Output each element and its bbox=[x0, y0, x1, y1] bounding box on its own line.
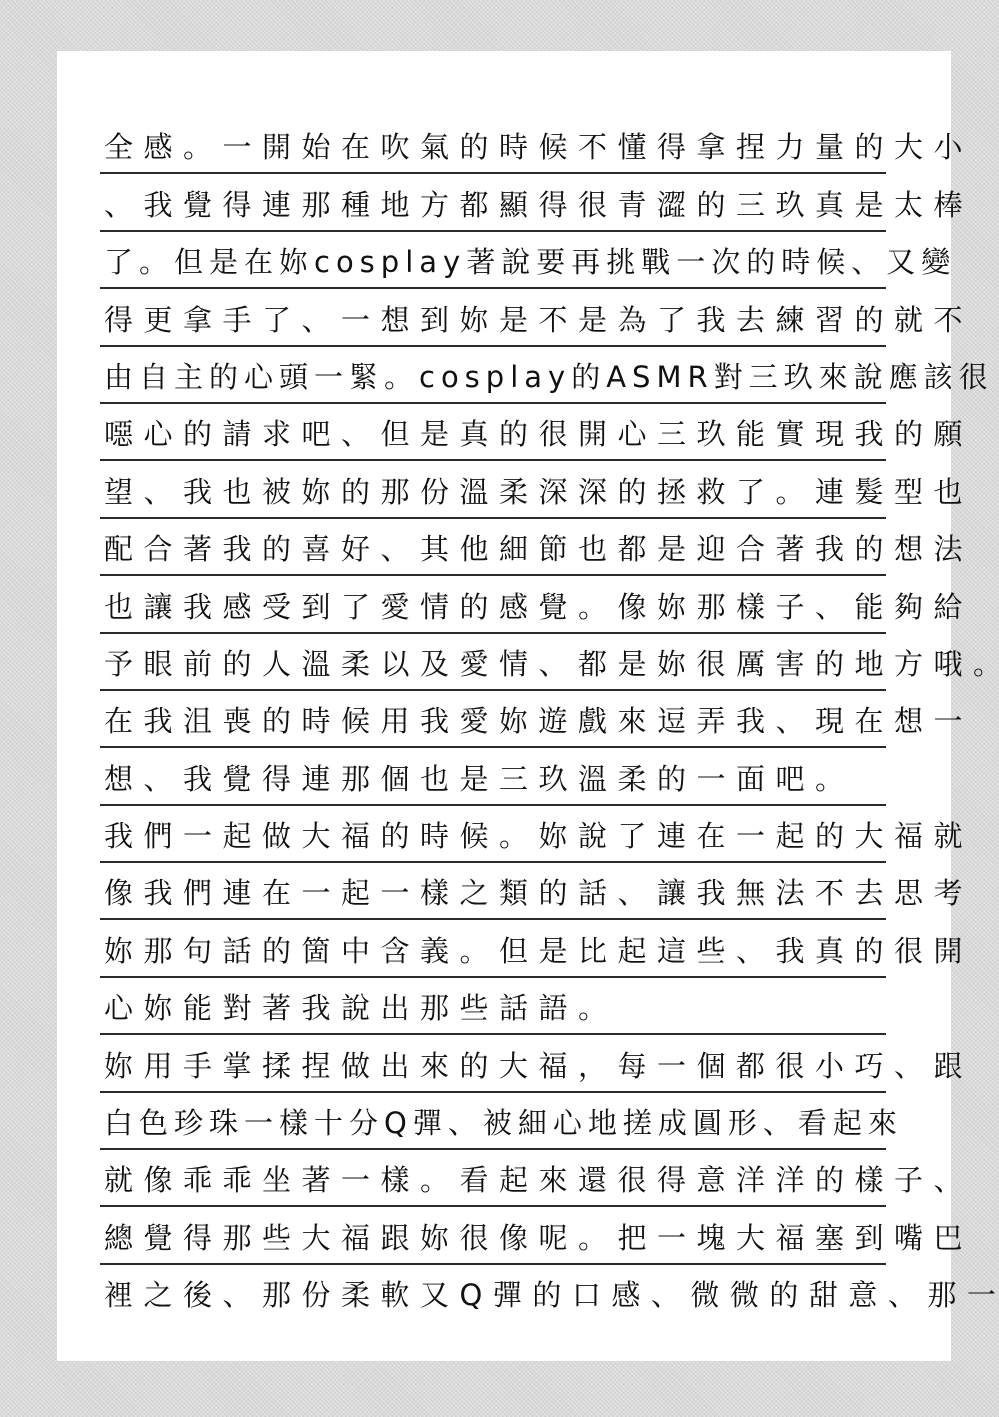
row-text: 全感。一開始在吹氣的時候不懂得拿捏力量的大小 bbox=[104, 129, 973, 165]
row-text: 望、我也被妳的那份溫柔深深的拯救了。連髮型也 bbox=[104, 474, 973, 510]
row-text: 裡之後、那份柔軟又Q彈的口感、微微的甜意、那一 bbox=[104, 1277, 999, 1313]
row-text: 配合著我的喜好、其他細節也都是迎合著我的想法 bbox=[104, 531, 973, 567]
text-row: 全感。一開始在吹氣的時候不懂得拿捏力量的大小 bbox=[100, 117, 886, 174]
row-text: 、我覺得連那種地方都顯得很青澀的三玖真是太棒 bbox=[104, 187, 973, 223]
text-row: 妳用手掌揉捏做出來的大福，每一個都很小巧、跟 bbox=[100, 1035, 886, 1092]
text-row: 噁心的請求吧、但是真的很開心三玖能實現我的願 bbox=[100, 404, 886, 461]
text-row: 白色珍珠一樣十分Q彈、被細心地搓成圓形、看起來 bbox=[100, 1093, 886, 1150]
text-row: 、我覺得連那種地方都顯得很青澀的三玖真是太棒 bbox=[100, 174, 886, 231]
row-text: 由自主的心頭一緊。cosplay的ASMR對三玖來說應該很 bbox=[104, 359, 994, 395]
row-text: 也讓我感受到了愛情的感覺。像妳那樣子、能夠給 bbox=[104, 589, 973, 625]
row-text: 了。但是在妳cosplay著說要再挑戰一次的時候、又變 bbox=[104, 244, 956, 280]
text-row: 就像乖乖坐著一樣。看起來還很得意洋洋的樣子、 bbox=[100, 1150, 886, 1207]
row-text: 我們一起做大福的時候。妳說了連在一起的大福就 bbox=[104, 818, 973, 854]
text-row: 望、我也被妳的那份溫柔深深的拯救了。連髮型也 bbox=[100, 461, 886, 518]
row-text: 就像乖乖坐著一樣。看起來還很得意洋洋的樣子、 bbox=[104, 1162, 973, 1198]
handwritten-text-block: 全感。一開始在吹氣的時候不懂得拿捏力量的大小 、我覺得連那種地方都顯得很青澀的三… bbox=[100, 117, 886, 1322]
text-row: 想、我覺得連那個也是三玖溫柔的一面吧。 bbox=[100, 748, 886, 805]
row-text: 予眼前的人溫柔以及愛情、都是妳很厲害的地方哦。 bbox=[104, 646, 999, 682]
text-row: 總覺得那些大福跟妳很像呢。把一塊大福塞到嘴巴 bbox=[100, 1207, 886, 1264]
row-text: 像我們連在一起一樣之類的話、讓我無法不去思考 bbox=[104, 875, 973, 911]
text-row: 得更拿手了、一想到妳是不是為了我去練習的就不 bbox=[100, 289, 886, 346]
row-text: 得更拿手了、一想到妳是不是為了我去練習的就不 bbox=[104, 302, 973, 338]
row-text: 總覺得那些大福跟妳很像呢。把一塊大福塞到嘴巴 bbox=[104, 1220, 973, 1256]
row-text: 妳那句話的箇中含義。但是比起這些、我真的很開 bbox=[104, 933, 973, 969]
row-text: 心妳能對著我說出那些話語。 bbox=[104, 990, 618, 1026]
text-row: 配合著我的喜好、其他細節也都是迎合著我的想法 bbox=[100, 519, 886, 576]
row-text: 想、我覺得連那個也是三玖溫柔的一面吧。 bbox=[104, 761, 855, 797]
text-row: 我們一起做大福的時候。妳說了連在一起的大福就 bbox=[100, 806, 886, 863]
paper-page: 全感。一開始在吹氣的時候不懂得拿捏力量的大小 、我覺得連那種地方都顯得很青澀的三… bbox=[57, 51, 951, 1361]
text-row: 妳那句話的箇中含義。但是比起這些、我真的很開 bbox=[100, 920, 886, 977]
row-text: 在我沮喪的時候用我愛妳遊戲來逗弄我、現在想一 bbox=[104, 703, 973, 739]
row-text: 噁心的請求吧、但是真的很開心三玖能實現我的願 bbox=[104, 416, 973, 452]
text-row: 也讓我感受到了愛情的感覺。像妳那樣子、能夠給 bbox=[100, 576, 886, 633]
text-row: 像我們連在一起一樣之類的話、讓我無法不去思考 bbox=[100, 863, 886, 920]
text-row: 了。但是在妳cosplay著說要再挑戰一次的時候、又變 bbox=[100, 232, 886, 289]
text-row: 由自主的心頭一緊。cosplay的ASMR對三玖來說應該很 bbox=[100, 347, 886, 404]
text-row: 在我沮喪的時候用我愛妳遊戲來逗弄我、現在想一 bbox=[100, 691, 886, 748]
row-text: 白色珍珠一樣十分Q彈、被細心地搓成圓形、看起來 bbox=[104, 1105, 903, 1141]
text-row: 心妳能對著我說出那些話語。 bbox=[100, 978, 886, 1035]
row-text: 妳用手掌揉捏做出來的大福，每一個都很小巧、跟 bbox=[104, 1048, 973, 1084]
text-row: 裡之後、那份柔軟又Q彈的口感、微微的甜意、那一 bbox=[100, 1265, 886, 1322]
text-row: 予眼前的人溫柔以及愛情、都是妳很厲害的地方哦。 bbox=[100, 634, 886, 691]
